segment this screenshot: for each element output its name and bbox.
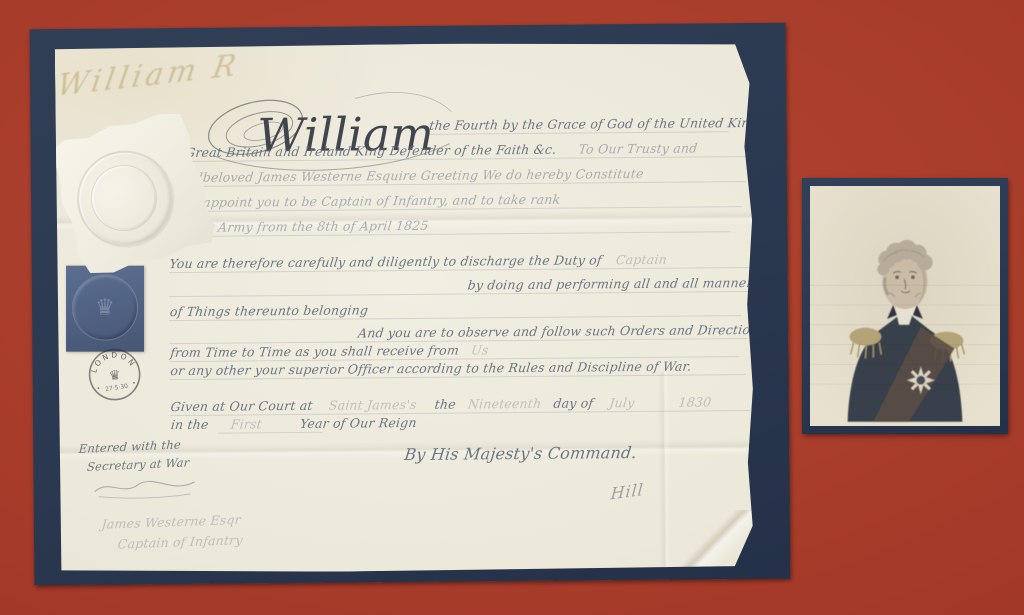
portrait-mount-board <box>802 178 1008 434</box>
line-reign-printed: Year of Our Reign <box>299 415 417 431</box>
countersignature: Hill <box>610 480 645 504</box>
crown-icon: ♛ <box>95 295 115 320</box>
line-given-printed: Given at Our Court at <box>170 398 314 414</box>
line-receive-printed: from Time to Time as you shall receive f… <box>169 343 459 361</box>
line-reign: in the First Year of Our Reign <box>170 415 417 432</box>
war-office-entry-signature <box>88 476 200 501</box>
line-performing: by doing and performing all and all mann… <box>467 275 754 293</box>
paper-corner-fold <box>677 510 756 569</box>
blue-stamp-embossed-circle: ♛ <box>72 275 138 341</box>
embossed-seal-inner-ring <box>83 157 164 238</box>
hand-day: Nineteenth <box>467 396 542 412</box>
line-command: By His Majesty's Command. <box>403 443 638 464</box>
line-receive: from Time to Time as you shall receive f… <box>169 342 489 360</box>
line-inthe: in the <box>170 417 209 432</box>
london-stamp-date: 27·5·30 <box>105 383 129 393</box>
document-mount-board: William R ♛ LONDON ♛ 27·5·30 <box>30 23 791 586</box>
hand-month: July <box>609 395 636 410</box>
hand-us: Us <box>470 342 489 357</box>
ruled-line <box>169 291 749 297</box>
line-the: the <box>434 397 457 412</box>
hand-trusty: To Our Trusty and <box>578 140 699 156</box>
line-dayof: day of <box>553 395 595 410</box>
framed-commission-photo: { "frame": { "mat_color": "#a63a2a", "mo… <box>0 0 1024 615</box>
line-sovereign-title: the Fourth by the Grace of God of the Un… <box>429 115 787 133</box>
hand-reignyear: First <box>230 416 263 431</box>
embossed-seal-circle <box>66 140 184 258</box>
portrait-print-paper <box>810 186 1000 426</box>
ruled-line <box>218 432 323 434</box>
ornate-heading: William <box>205 82 456 176</box>
crown-icon: ♛ <box>108 368 122 385</box>
blue-revenue-stamp-icon: ♛ <box>66 266 144 352</box>
hand-officer-rank: Captain of Infantry <box>117 532 243 551</box>
hand-officer-name: James Westerne Esqr <box>101 512 242 532</box>
line-things: of Things thereunto belonging <box>169 302 369 319</box>
hand-place: Saint James's <box>328 397 417 413</box>
embossed-wafer-seal-icon <box>46 106 221 281</box>
portrait-engraving <box>810 186 1000 426</box>
commission-document-paper: William R ♛ LONDON ♛ 27·5·30 <box>55 41 760 574</box>
london-stamp-icon: LONDON ♛ 27·5·30 <box>84 344 145 405</box>
hand-duty-rank: Captain <box>615 252 668 267</box>
calligraphic-flourish-icon: William <box>205 82 456 176</box>
hand-year: 1830 <box>678 394 712 409</box>
london-date-stamp: LONDON ♛ 27·5·30 <box>84 344 145 405</box>
